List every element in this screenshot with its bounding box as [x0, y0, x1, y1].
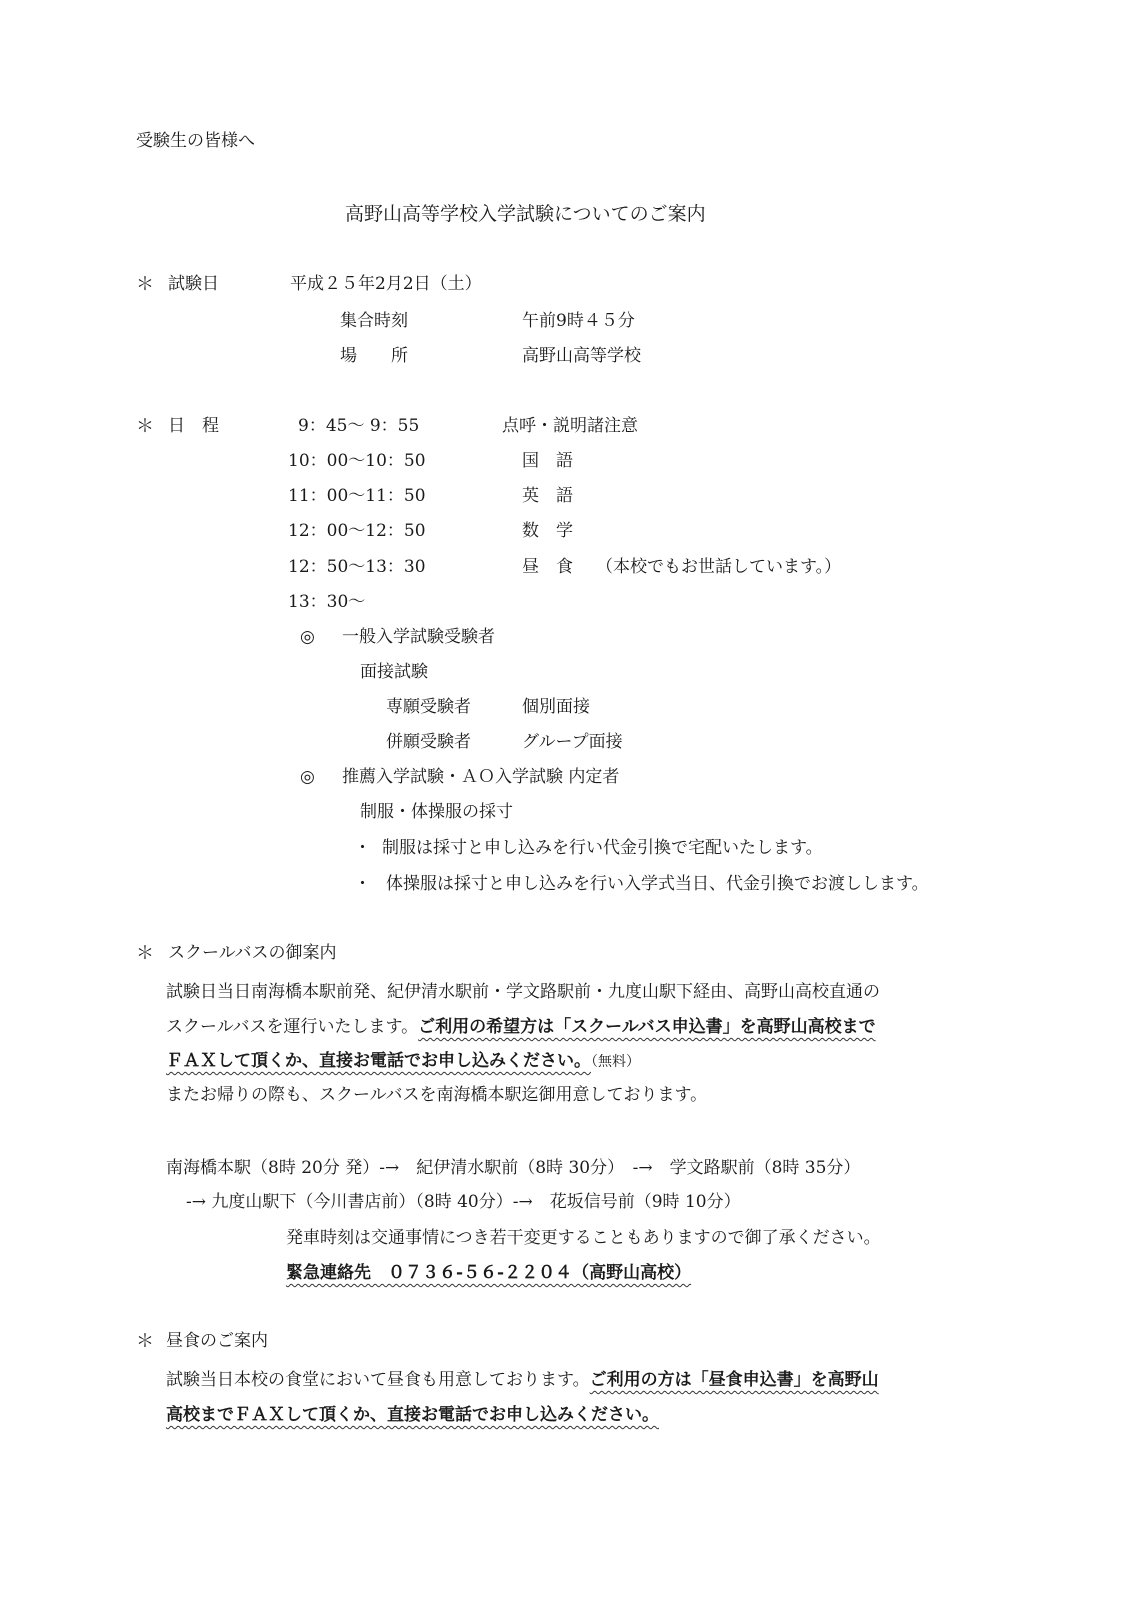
interview-type: 個別面接: [522, 699, 590, 716]
bus-route: 南海橋本駅（8時 20分 発）‐→ 紀伊清水駅前（8時 30分） ‐→ 学文路駅…: [166, 1160, 860, 1177]
bullet-asterisk: ＊: [136, 276, 154, 294]
schedule-item: 昼 食: [522, 559, 573, 576]
schedule-item: 点呼・説明諸注意: [502, 418, 638, 435]
schedule-time: 11：00～11：50: [288, 488, 426, 505]
bullet-asterisk: ＊: [136, 418, 154, 436]
lunch-text-plain: 試験当日本校の食堂において昼食も用意しております。: [166, 1370, 590, 1390]
interview-label: 面接試験: [360, 664, 428, 681]
assembly-label: 集合時刻: [340, 313, 408, 330]
bus-heading: スクールバスの御案内: [168, 945, 336, 962]
schedule-time: 12：00～12：50: [288, 523, 426, 540]
gym-clothes-note: 体操服は採寸と申し込みを行い入学式当日、代金引換でお渡しします。: [386, 876, 929, 893]
schedule-item: 英 語: [522, 488, 573, 505]
schedule-time: 9：45～ 9：55: [298, 418, 419, 435]
bullet-asterisk: ＊: [136, 945, 154, 963]
double-circle-icon: ◎: [300, 769, 315, 786]
bullet-dot: ・: [354, 876, 371, 893]
bus-text: 試験日当日南海橋本駅前発、紀伊清水駅前・学文路駅前・九度山駅下経由、高野山高校直…: [166, 984, 880, 1001]
schedule-time: 12：50～13：30: [288, 559, 426, 576]
bus-text-plain: スクールバスを運行いたします。: [166, 1017, 418, 1037]
interview-type: グループ面接: [522, 734, 623, 751]
lunch-application-emphasis: ご利用の方は「昼食申込書」を高野山: [590, 1370, 879, 1390]
bus-application-emphasis: ご利用の希望方は「スクールバス申込書」を高野山高校まで: [418, 1017, 875, 1037]
uniform-note: 制服は採寸と申し込みを行い代金引換で宅配いたします。: [382, 840, 823, 857]
double-circle-icon: ◎: [300, 629, 315, 646]
emergency-contact: 緊急連絡先 ０７３６‐５６‐２２０４（高野山高校）: [286, 1265, 691, 1282]
bus-route: ‐→ 九度山駅下（今川書店前）（8時 40分）‐→ 花坂信号前（9時 10分）: [186, 1194, 741, 1211]
page-title: 高野山高等学校入学試験についてのご案内: [345, 205, 706, 224]
schedule-time: 10：00～10：50: [288, 453, 426, 470]
bus-return-text: またお帰りの際も、スクールバスを南海橋本駅迄御用意しております。: [166, 1087, 707, 1104]
applicant-type: 併願受験者: [386, 734, 471, 751]
bus-application-emphasis: ＦＡＸして頂くか、直接お電話でお申し込みください。: [166, 1051, 591, 1071]
recommended-heading: 推薦入学試験・ＡＯ入学試験 内定者: [342, 769, 619, 786]
free-note: （無料）: [591, 1054, 640, 1070]
lunch-heading: 昼食のご案内: [166, 1333, 268, 1350]
lunch-text: 試験当日本校の食堂において昼食も用意しております。ご利用の方は「昼食申込書」を高…: [166, 1372, 879, 1389]
schedule-time: 13：30～: [288, 594, 365, 611]
place-value: 高野山高等学校: [522, 348, 641, 365]
schedule-label: 日 程: [168, 418, 219, 435]
assembly-time: 午前9時４５分: [522, 313, 635, 330]
bullet-asterisk: ＊: [136, 1333, 154, 1351]
measurement-label: 制服・体操服の採寸: [360, 804, 513, 821]
exam-day-label: 試験日: [168, 276, 219, 293]
bullet-dot: ・: [354, 840, 371, 857]
greeting: 受験生の皆様へ: [136, 133, 255, 150]
schedule-note: （本校でもお世話しています。）: [596, 559, 841, 576]
place-label: 場 所: [340, 348, 408, 365]
schedule-item: 数 学: [522, 523, 573, 540]
general-heading: 一般入学試験受験者: [342, 629, 495, 646]
lunch-application-emphasis: 高校までＦＡＸして頂くか、直接お電話でお申し込みください。: [166, 1407, 659, 1424]
bus-text: スクールバスを運行いたします。ご利用の希望方は「スクールバス申込書」を高野山高校…: [166, 1019, 876, 1036]
bus-notice: 発車時刻は交通事情につき若干変更することもありますので御了承ください。: [286, 1230, 881, 1247]
bus-text: ＦＡＸして頂くか、直接お電話でお申し込みください。（無料）: [166, 1053, 640, 1070]
exam-date: 平成２５年2月2日（土）: [290, 276, 482, 293]
applicant-type: 専願受験者: [386, 699, 471, 716]
schedule-item: 国 語: [522, 453, 573, 470]
